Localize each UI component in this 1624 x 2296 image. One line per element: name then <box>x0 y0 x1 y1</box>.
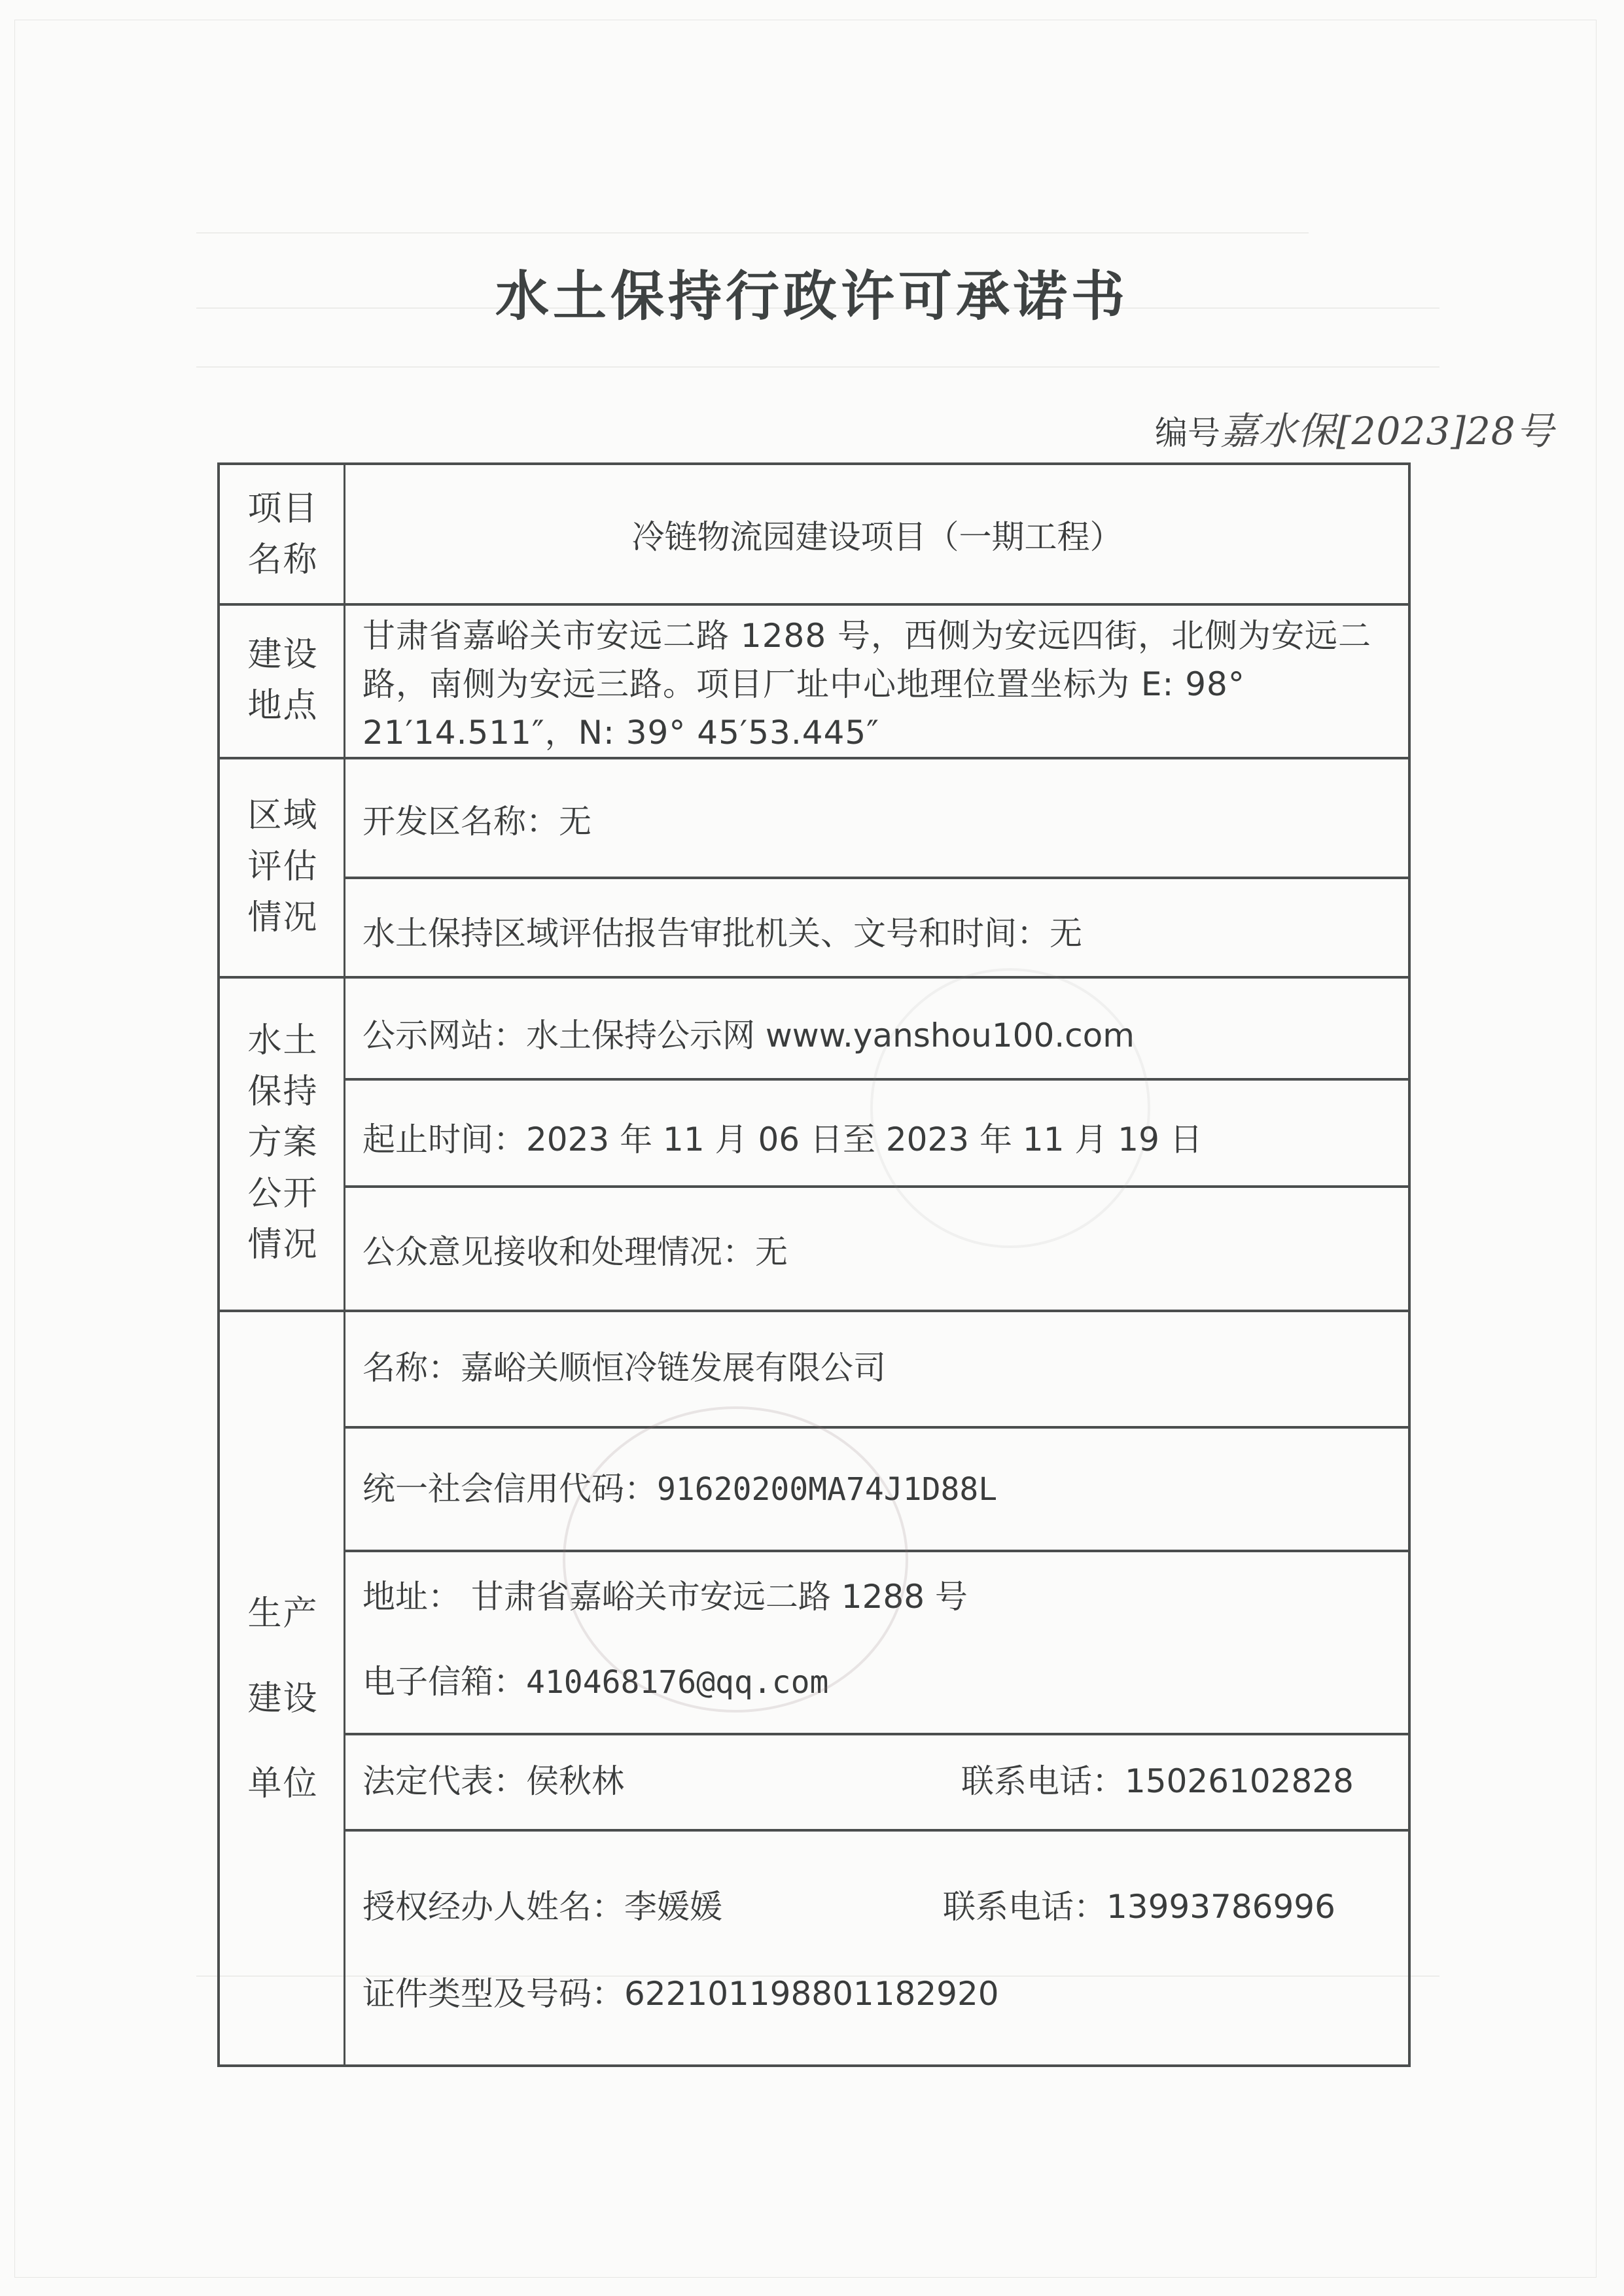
document-number-handwritten: 嘉水保[2023]28号 <box>1220 409 1555 453</box>
development-zone-name: 开发区名称：无 <box>362 795 591 843</box>
faint-seal-impression <box>870 968 1150 1248</box>
row-divider <box>220 1310 1411 1312</box>
construction-site-value: 甘肃省嘉峪关市安远二路 1288 号，西侧为安远四街，北侧为安远二路，南侧为安远… <box>362 612 1396 757</box>
label-regional-assessment: 区域 评估 情况 <box>220 757 346 976</box>
bleed-through-line <box>196 366 1439 368</box>
row-divider <box>220 976 1411 979</box>
authorized-agent-phone: 联系电话：13993786996 <box>943 1881 1335 1928</box>
authorized-agent-name: 授权经办人姓名：李媛媛 <box>362 1881 722 1928</box>
label-project-name: 项目 名称 <box>220 465 346 603</box>
label-construction-site: 建设 地点 <box>220 603 346 757</box>
faint-seal-impression <box>563 1406 908 1713</box>
legal-representative: 法定代表：侯秋林 <box>362 1755 624 1802</box>
sub-row-divider <box>344 1733 1411 1735</box>
id-type-and-number: 证件类型及号码：622101198801182920 <box>362 1968 999 2015</box>
document-title: 水土保持行政许可承诺书 <box>0 254 1624 330</box>
regional-assessment-approval: 水土保持区域评估报告审批机关、文号和时间：无 <box>362 907 1082 954</box>
sub-row-divider <box>344 1185 1411 1188</box>
id-number-value: 622101198801182920 <box>624 1975 999 2013</box>
label-production-unit: 生产 建设 单位 <box>220 1310 346 2067</box>
label-plan-disclosure: 水土 保持 方案 公开 情况 <box>220 976 346 1310</box>
commitment-table: 项目 名称 冷链物流园建设项目（一期工程） 建设 地点 甘肃省嘉峪关市安远二路 … <box>217 462 1411 2067</box>
legal-representative-phone: 联系电话：15026102828 <box>961 1755 1354 1802</box>
public-opinion-handling: 公众意见接收和处理情况：无 <box>362 1226 788 1273</box>
bleed-through-line <box>196 232 1309 234</box>
project-name-value: 冷链物流园建设项目（一期工程） <box>344 511 1411 558</box>
sub-row-divider <box>344 1426 1411 1429</box>
unit-name: 名称：嘉峪关顺恒冷链发展有限公司 <box>362 1342 886 1389</box>
sub-row-divider <box>344 1829 1411 1832</box>
document-number: 编号嘉水保[2023]28号 <box>1155 400 1555 455</box>
row-divider <box>220 603 1411 606</box>
document-number-label: 编号 <box>1155 414 1220 452</box>
sub-row-divider <box>344 877 1411 879</box>
row-divider <box>220 757 1411 759</box>
